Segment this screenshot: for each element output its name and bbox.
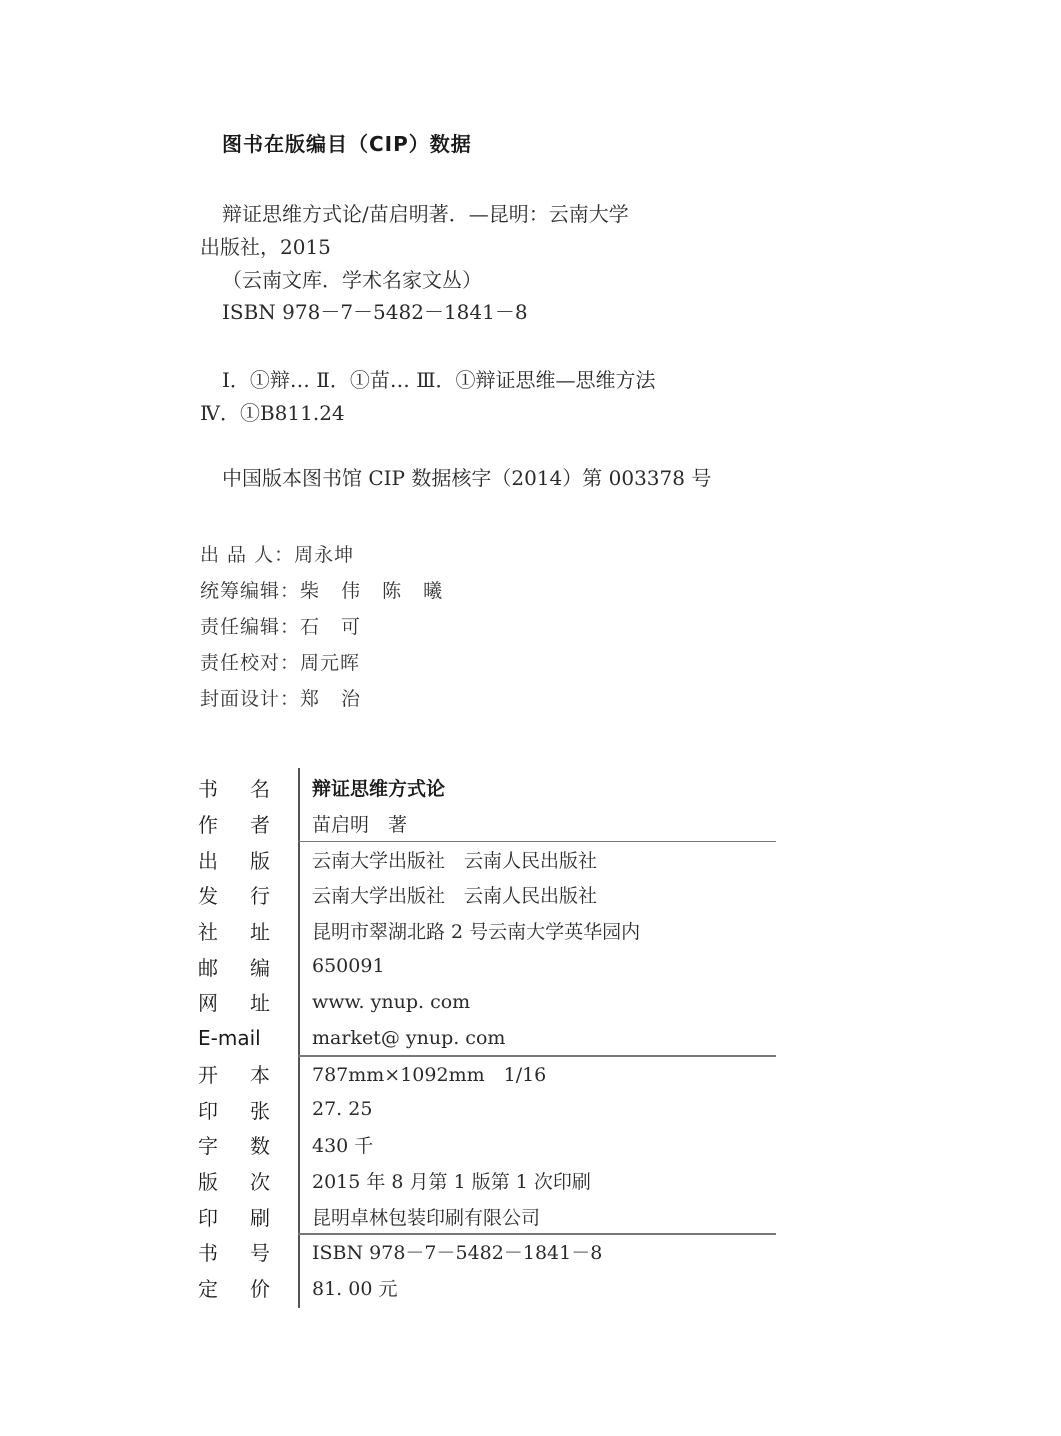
- info-row: 印张27. 25: [198, 1091, 778, 1127]
- staff-label: 责任编辑：: [200, 612, 300, 639]
- info-row: E-mailmarket@ ynup. com: [198, 1020, 778, 1056]
- info-label-char: 刷: [250, 1202, 270, 1231]
- info-label-char: 号: [250, 1237, 270, 1266]
- info-label-char: 行: [250, 880, 270, 909]
- staff-credits: 出 品 人：周永坤 统筹编辑：柴 伟 陈 曦 责任编辑：石 可 责任校对：周元晖…: [200, 540, 443, 720]
- book-info-table: 书名辩证思维方式论作者苗启明 著出版云南大学出版社 云南人民出版社发行云南大学出…: [198, 770, 778, 1305]
- staff-row: 封面设计：郑 治: [200, 684, 443, 720]
- info-label-char: 发: [198, 880, 218, 909]
- info-label: 版次: [198, 1166, 270, 1195]
- staff-label: 统筹编辑：: [200, 576, 300, 603]
- info-value: 云南大学出版社 云南人民出版社: [312, 881, 597, 908]
- info-label: 发行: [198, 880, 270, 909]
- info-row: 书名辩证思维方式论: [198, 770, 778, 806]
- info-label-char: 张: [250, 1095, 270, 1124]
- info-value: 云南大学出版社 云南人民出版社: [312, 846, 597, 873]
- info-label-char: 者: [250, 809, 270, 838]
- info-label-char: 版: [250, 845, 270, 874]
- info-label: 书号: [198, 1237, 270, 1266]
- info-label-char: 开: [198, 1059, 218, 1088]
- staff-row: 出 品 人：周永坤: [200, 540, 443, 576]
- info-label: E-mail: [198, 1026, 270, 1050]
- info-label: 开本: [198, 1059, 270, 1088]
- cip-series-line: （云南文库．学术名家文丛）: [222, 264, 482, 293]
- cip-approval-number: 中国版本图书馆 CIP 数据核字（2014）第 003378 号: [222, 462, 711, 491]
- info-label: 印刷: [198, 1202, 270, 1231]
- info-label-char: 址: [250, 916, 270, 945]
- staff-row: 统筹编辑：柴 伟 陈 曦: [200, 576, 443, 612]
- info-value: 787mm×1092mm 1/16: [312, 1060, 546, 1087]
- info-value: 苗启明 著: [312, 810, 407, 837]
- info-row: 发行云南大学出版社 云南人民出版社: [198, 877, 778, 913]
- info-label: 网址: [198, 987, 270, 1016]
- info-row: 字数430 千: [198, 1127, 778, 1163]
- info-row: 定价81. 00 元: [198, 1270, 778, 1306]
- info-row: 印刷昆明卓林包装印刷有限公司: [198, 1198, 778, 1234]
- info-value: 650091: [312, 955, 385, 977]
- info-value: www. ynup. com: [312, 991, 470, 1013]
- info-value: 昆明卓林包装印刷有限公司: [312, 1203, 540, 1230]
- info-label-char: 址: [250, 987, 270, 1016]
- info-value: 430 千: [312, 1131, 373, 1158]
- info-row: 邮编650091: [198, 948, 778, 984]
- info-label-char: 本: [250, 1059, 270, 1088]
- staff-value: 周永坤: [294, 540, 354, 567]
- cip-isbn-line: ISBN 978－7－5482－1841－8: [222, 296, 528, 325]
- info-label: 书名: [198, 773, 270, 802]
- info-label-char: 版: [198, 1166, 218, 1195]
- info-label-char: 印: [198, 1095, 218, 1124]
- info-label-char: E-mail: [198, 1026, 261, 1050]
- info-label-char: 作: [198, 809, 218, 838]
- info-row: 书号ISBN 978－7－5482－1841－8: [198, 1234, 778, 1270]
- copyright-page: 图书在版编目（CIP）数据 辩证思维方式论/苗启明著．—昆明：云南大学 出版社，…: [0, 0, 1061, 1436]
- cip-classification-line: Ⅳ．①B811.24: [200, 397, 345, 426]
- info-row: 开本787mm×1092mm 1/16: [198, 1056, 778, 1092]
- staff-value: 柴 伟 陈 曦: [300, 576, 443, 603]
- info-value: 81. 00 元: [312, 1274, 397, 1301]
- staff-label: 出 品 人：: [200, 540, 294, 567]
- info-row: 出版云南大学出版社 云南人民出版社: [198, 841, 778, 877]
- cip-record-line: 出版社，2015: [200, 231, 331, 260]
- info-label: 社址: [198, 916, 270, 945]
- info-value: 2015 年 8 月第 1 版第 1 次印刷: [312, 1167, 591, 1194]
- staff-value: 郑 治: [300, 684, 361, 711]
- info-label-char: 印: [198, 1202, 218, 1231]
- info-value: 辩证思维方式论: [312, 774, 445, 801]
- info-row: 社址昆明市翠湖北路 2 号云南大学英华园内: [198, 913, 778, 949]
- info-row: 网址www. ynup. com: [198, 984, 778, 1020]
- cip-heading: 图书在版编目（CIP）数据: [222, 128, 472, 157]
- cip-classification-line: Ⅰ．①辩… Ⅱ．①苗… Ⅲ．①辩证思维—思维方法: [222, 364, 656, 393]
- staff-label: 责任校对：: [200, 648, 300, 675]
- info-label-char: 书: [198, 1237, 218, 1266]
- info-row: 作者苗启明 著: [198, 806, 778, 842]
- info-label-char: 字: [198, 1130, 218, 1159]
- cip-record-line: 辩证思维方式论/苗启明著．—昆明：云南大学: [222, 198, 629, 227]
- info-label-char: 出: [198, 845, 218, 874]
- info-label-char: 邮: [198, 952, 218, 981]
- info-label-char: 次: [250, 1166, 270, 1195]
- info-value: market@ ynup. com: [312, 1027, 505, 1049]
- info-label: 字数: [198, 1130, 270, 1159]
- info-label-char: 社: [198, 916, 218, 945]
- info-label: 邮编: [198, 952, 270, 981]
- staff-row: 责任编辑：石 可: [200, 612, 443, 648]
- info-label-char: 价: [250, 1273, 270, 1302]
- info-label-char: 书: [198, 773, 218, 802]
- info-label: 作者: [198, 809, 270, 838]
- info-value: 昆明市翠湖北路 2 号云南大学英华园内: [312, 917, 640, 944]
- info-label-char: 数: [250, 1130, 270, 1159]
- info-label: 出版: [198, 845, 270, 874]
- info-label-char: 编: [250, 952, 270, 981]
- info-label: 定价: [198, 1273, 270, 1302]
- info-label-char: 网: [198, 987, 218, 1016]
- info-value: 27. 25: [312, 1098, 372, 1120]
- info-label-char: 定: [198, 1273, 218, 1302]
- staff-row: 责任校对：周元晖: [200, 648, 443, 684]
- info-row: 版次2015 年 8 月第 1 版第 1 次印刷: [198, 1163, 778, 1199]
- staff-value: 周元晖: [300, 648, 360, 675]
- info-label-char: 名: [250, 773, 270, 802]
- staff-label: 封面设计：: [200, 684, 300, 711]
- info-label: 印张: [198, 1095, 270, 1124]
- info-value: ISBN 978－7－5482－1841－8: [312, 1238, 602, 1265]
- staff-value: 石 可: [300, 612, 361, 639]
